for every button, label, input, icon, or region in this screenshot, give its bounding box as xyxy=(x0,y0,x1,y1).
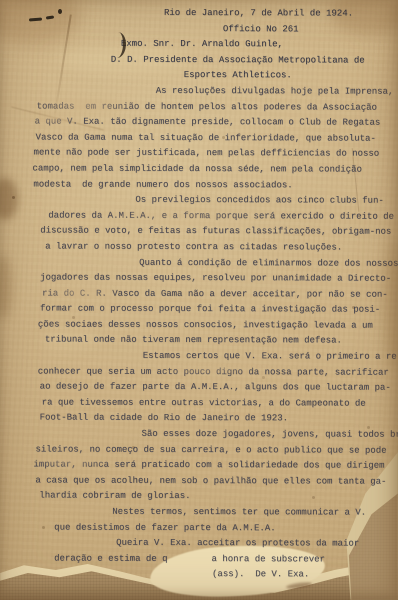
body-line: ria do C. R. Vasco da Gama não a dever a… xyxy=(0,286,398,303)
body-line: São esses doze jogadores, jovens, quasi … xyxy=(0,426,398,443)
body-line: tribunal onde não tiveram nem representa… xyxy=(0,333,398,350)
body-line: mente não pode ser justificada, nem pela… xyxy=(0,146,398,163)
body-line: formar com o processo porque foi feita a… xyxy=(0,302,398,319)
body-line: a lavrar o nosso protesto contra as cita… xyxy=(0,239,398,256)
body-line: Os previlegios concedidos aos cinco club… xyxy=(0,192,398,209)
letter-page: Rio de Janeiro, 7 de Abril de 1924. Offi… xyxy=(0,0,398,600)
body-line: As resoluções divulgadas hoje pela Impre… xyxy=(1,83,398,100)
body-line: sileiros, no começo de sua carreira, e o… xyxy=(0,442,397,459)
body-line: Nestes termos, sentimos ter que communic… xyxy=(0,504,397,521)
body-line: campo, nem pela simplicidade da nossa sé… xyxy=(0,161,398,178)
letter-text: Rio de Janeiro, 7 de Abril de 1924. Offi… xyxy=(0,5,398,583)
body-line: imputar, nunca será praticado com a soli… xyxy=(0,458,397,475)
pen-dot-mark-icon xyxy=(58,9,62,14)
body-line: discussão e voto, e feitas as futuras cl… xyxy=(0,224,398,241)
body-line: Estamos certos que V. Exa. será o primei… xyxy=(0,348,398,365)
recipient-name-line: Exmo. Snr. Dr. Arnaldo Guinle, xyxy=(1,36,398,53)
recipient-org-line: Esportes Athleticos. xyxy=(1,68,398,85)
body-line: conhecer que seria um acto pouco digno d… xyxy=(0,364,398,381)
body-line: Foot-Ball da cidade do Rio de Janeiro de… xyxy=(0,411,398,428)
body-line: tomadas em reunião de hontem pelos altos… xyxy=(1,99,398,116)
body-line: jogadores das nossas equipes, resolveu p… xyxy=(0,270,398,287)
body-line: ções sociaes desses nossos consocios, in… xyxy=(0,317,398,334)
body-line: ao desejo de fazer parte da A.M.E.A., al… xyxy=(0,380,398,397)
body-line: Vasco da Gama numa tal situação de infer… xyxy=(1,130,398,147)
body-line: que desistimos de fazer parte da A.M.E.A… xyxy=(0,520,397,537)
body-line: lhardia cobriram de glorias. xyxy=(0,489,397,506)
body-line: Quanto á condição de eliminarmos doze do… xyxy=(0,255,398,272)
recipient-title-line: D. D. Presidente da Associação Metropoli… xyxy=(1,52,398,69)
closing-fragment-right: a honra de subscrever xyxy=(211,554,324,564)
body-line: a que V. Exa. tão dignamente preside, co… xyxy=(1,114,398,131)
closing-fragment-left: deração e estima de q xyxy=(54,553,167,563)
body-line: ra que tivessemos entre outras victorias… xyxy=(0,395,398,412)
body-line: a casa que os acolheu, nem sob o pavilhã… xyxy=(0,473,397,490)
office-number-line: Officio No 261 xyxy=(1,21,398,38)
closing-line-damaged: deração e estima de qa honra de subscrev… xyxy=(0,551,397,568)
body-line: modesta de grande numero dos nossos asso… xyxy=(0,177,398,194)
closing-line: Queira V. Exa. acceitar os protestos da … xyxy=(0,535,397,552)
signature-line: (ass). De V. Exa. xyxy=(0,567,397,584)
body-line: dadores da A.M.E.A., e a forma porque se… xyxy=(0,208,398,225)
